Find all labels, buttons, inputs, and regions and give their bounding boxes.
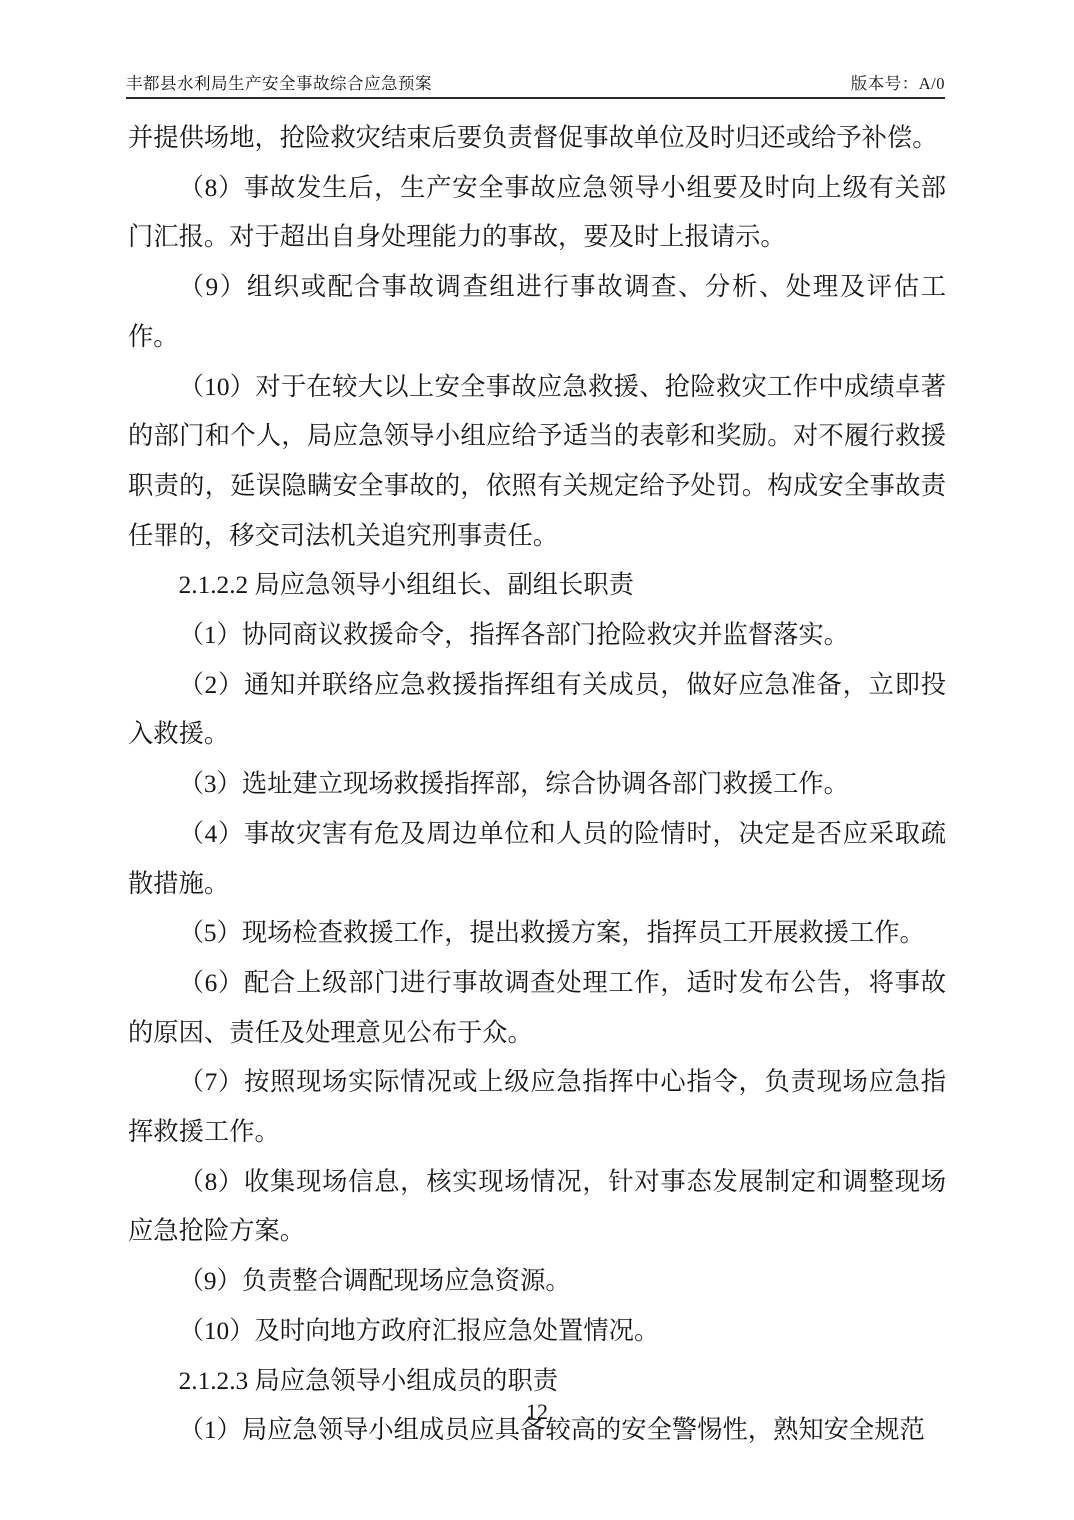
paragraph: （7）按照现场实际情况或上级应急指挥中心指令，负责现场应急指挥救援工作。 <box>128 1058 946 1157</box>
paragraph: （8）收集现场信息，核实现场情况，针对事态发展制定和调整现场应急抢险方案。 <box>128 1158 946 1257</box>
paragraph: （8）事故发生后，生产安全事故应急领导小组要及时向上级有关部门汇报。对于超出自身… <box>128 164 946 263</box>
document-footer: 12 <box>0 1398 1074 1426</box>
paragraph: 并提供场地，抢险救灾结束后要负责督促事故单位及时归还或给予补偿。 <box>128 114 946 164</box>
header-title: 丰都县水利局生产安全事故综合应急预案 <box>126 74 432 94</box>
document-header: 丰都县水利局生产安全事故综合应急预案 版本号：A/0 <box>126 74 945 99</box>
paragraph: 2.1.2.2 局应急领导小组组长、副组长职责 <box>128 561 946 611</box>
paragraph: （9）负责整合调配现场应急资源。 <box>128 1257 946 1307</box>
header-version: 版本号：A/0 <box>851 74 945 94</box>
paragraph: （5）现场检查救援工作，提出救援方案，指挥员工开展救援工作。 <box>128 909 946 959</box>
page-number: 12 <box>526 1399 548 1424</box>
paragraph: （9）组织或配合事故调查组进行事故调查、分析、处理及评估工作。 <box>128 263 946 362</box>
paragraph: （4）事故灾害有危及周边单位和人员的险情时，决定是否应采取疏散措施。 <box>128 810 946 909</box>
paragraph: （1）协同商议救援命令，指挥各部门抢险救灾并监督落实。 <box>128 611 946 661</box>
paragraph: （3）选址建立现场救援指挥部，综合协调各部门救援工作。 <box>128 760 946 810</box>
paragraph: （10）及时向地方政府汇报应急处置情况。 <box>128 1307 946 1357</box>
paragraph: （2）通知并联络应急救援指挥组有关成员，做好应急准备，立即投入救援。 <box>128 661 946 760</box>
document-page: 丰都县水利局生产安全事故综合应急预案 版本号：A/0 并提供场地，抢险救灾结束后… <box>0 0 1074 1520</box>
paragraph: （10）对于在较大以上安全事故应急救援、抢险救灾工作中成绩卓著的部门和个人，局应… <box>128 363 946 562</box>
paragraph: （6）配合上级部门进行事故调查处理工作，适时发布公告，将事故的原因、责任及处理意… <box>128 959 946 1058</box>
document-body: 并提供场地，抢险救灾结束后要负责督促事故单位及时归还或给予补偿。（8）事故发生后… <box>128 114 946 1456</box>
